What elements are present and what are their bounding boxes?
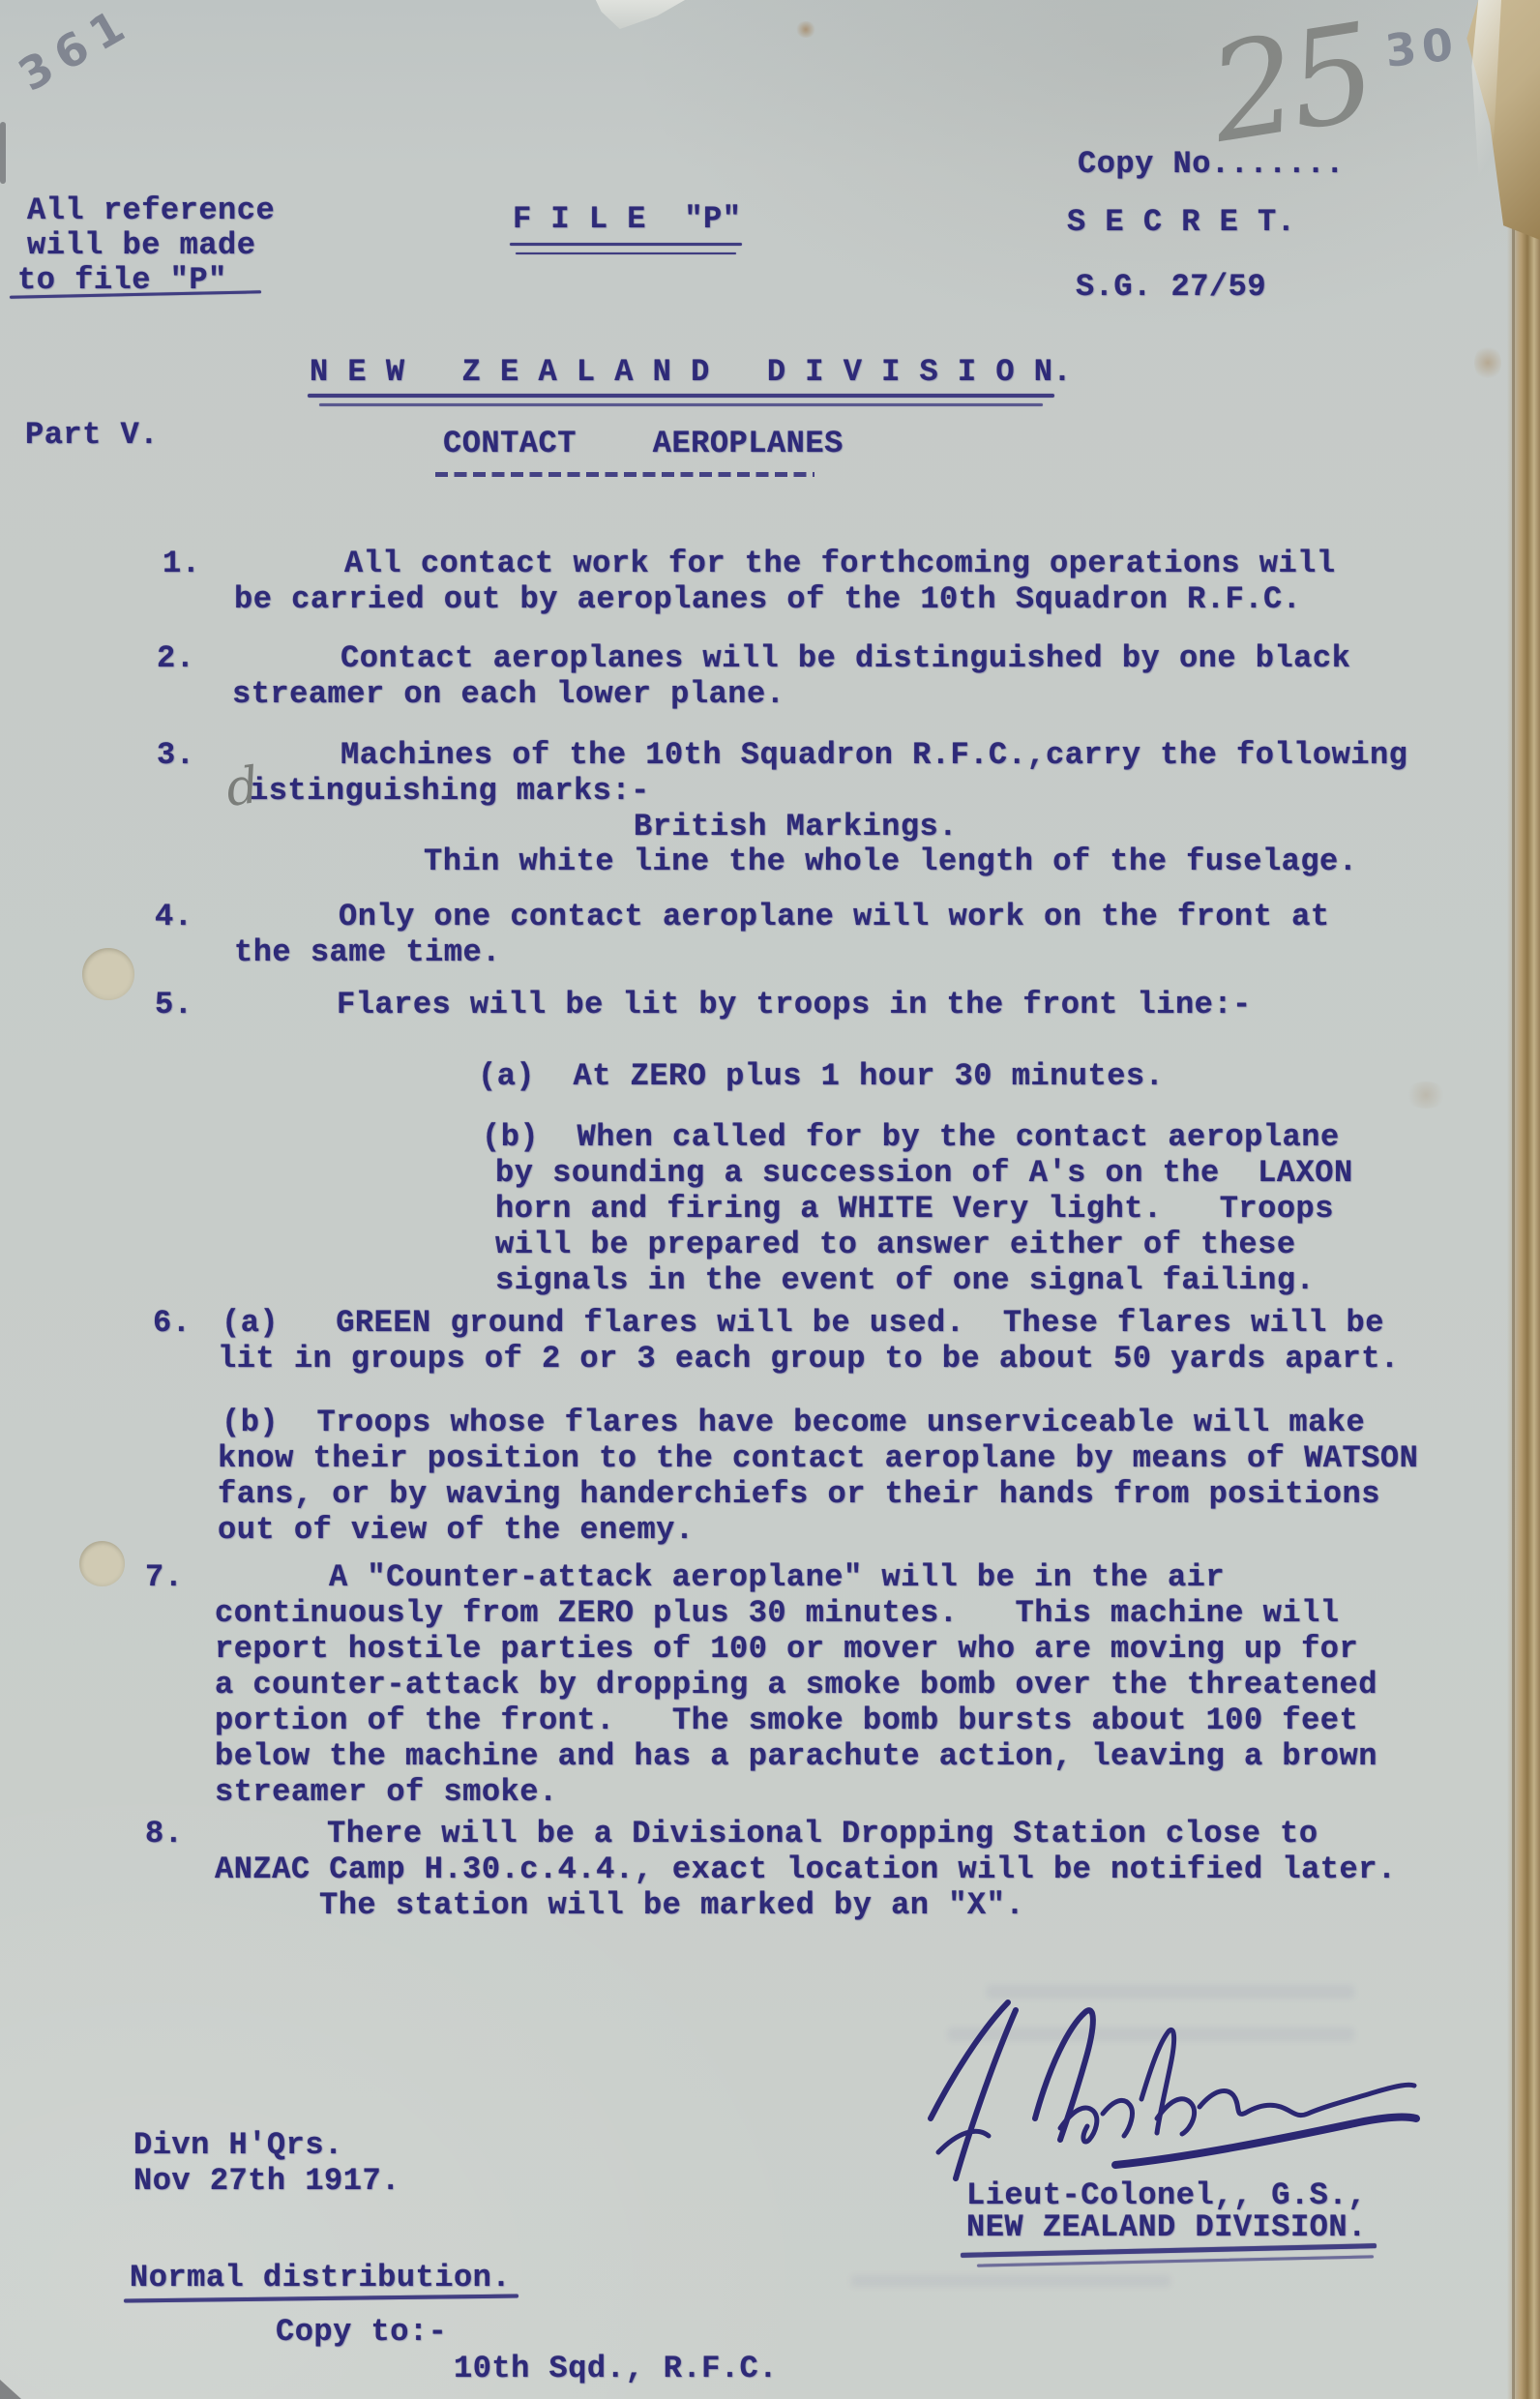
typed-line-header: to file "P" — [17, 262, 227, 299]
typed-line-body: horn and firing a WHITE Very light. Troo… — [495, 1191, 1334, 1228]
stain — [1474, 344, 1501, 381]
typed-line-body: 2. — [157, 640, 194, 677]
typed-line-footer: Normal distribution. — [130, 2260, 511, 2296]
typed-line-body: streamer on each lower plane. — [232, 676, 785, 713]
typed-line-header: will be made — [27, 227, 255, 264]
typed-line-body: 6. — [153, 1305, 191, 1342]
signature-scrawl — [871, 1973, 1432, 2186]
typed-line-title: N E W Z E A L A N D D I V I S I O N. — [310, 354, 1072, 391]
typed-line-body: The station will be marked by an "X". — [319, 1887, 1024, 1924]
typed-line-body: (b) Troops whose flares have become unse… — [222, 1405, 1365, 1441]
typed-line-body: Flares will be lit by troops in the fron… — [337, 987, 1252, 1023]
typed-line-body: out of view of the enemy. — [218, 1512, 695, 1549]
typed-line-body: British Markings. — [634, 809, 958, 845]
handwritten-page-number: 30 — [1382, 17, 1461, 77]
typed-line-body: fans, or by waving handerchiefs or their… — [218, 1476, 1380, 1513]
underline-title-2 — [319, 403, 1043, 406]
bleed-through — [851, 2275, 1170, 2287]
document-page: Copy No.......All referencewill be madet… — [0, 0, 1540, 2399]
typed-line-footer: Divn H'Qrs. — [133, 2127, 343, 2164]
corner-shadow-bottom-left — [0, 2380, 21, 2399]
typed-line-body: by sounding a succession of A's on the L… — [495, 1155, 1353, 1192]
typed-line-body: Contact aeroplanes will be distinguished… — [341, 640, 1350, 677]
typed-line-header: S E C R E T. — [1067, 204, 1295, 241]
handwritten-correction-d: d — [222, 756, 262, 818]
typed-line-body: portion of the front. The smoke bomb bur… — [215, 1703, 1358, 1739]
typed-line-body: Only one contact aeroplane will work on … — [339, 899, 1330, 935]
typed-line-body: 1. — [163, 546, 200, 582]
typed-line-body: A "Counter-attack aeroplane" will be in … — [329, 1559, 1225, 1596]
typed-line-body: 8. — [145, 1816, 183, 1852]
typed-line-body: istinguishing marks:- — [250, 773, 650, 810]
handwritten-copy-number: 25 — [1199, 0, 1380, 173]
typed-line-footer: NEW ZEALAND DIVISION. — [966, 2209, 1367, 2246]
stain — [795, 21, 816, 38]
typed-line-footer: 10th Sqd., R.F.C. — [454, 2351, 778, 2387]
typed-line-header: All reference — [27, 193, 275, 229]
underline-title — [308, 394, 1054, 398]
typed-line-body: There will be a Divisional Dropping Stat… — [327, 1816, 1318, 1852]
typed-line-body: (a) GREEN ground flares will be used. Th… — [222, 1305, 1384, 1342]
underline-subtitle-dashes — [435, 472, 814, 477]
typed-line-body: (b) When called for by the contact aerop… — [482, 1119, 1340, 1156]
stain — [1405, 1081, 1447, 1109]
typed-line-header: F I L E "P" — [513, 201, 741, 238]
typed-line-body: will be prepared to answer either of the… — [495, 1227, 1296, 1263]
typed-line-body: 3. — [157, 737, 194, 774]
typed-line-body: streamer of smoke. — [215, 1774, 558, 1811]
typed-line-body: signals in the event of one signal faili… — [495, 1262, 1315, 1299]
typed-line-body: a counter-attack by dropping a smoke bom… — [215, 1667, 1377, 1703]
typed-line-body: (a) At ZERO plus 1 hour 30 minutes. — [478, 1058, 1164, 1095]
typed-line-body: 7. — [145, 1559, 183, 1596]
typed-line-body: 5. — [155, 987, 192, 1023]
typed-line-body: below the machine and has a parachute ac… — [215, 1738, 1377, 1775]
typed-line-body: be carried out by aeroplanes of the 10th… — [234, 581, 1301, 618]
typed-line-title: Part V. — [25, 417, 159, 454]
typed-line-body: the same time. — [234, 934, 501, 971]
typed-line-body: ANZAC Camp H.30.c.4.4., exact location w… — [215, 1851, 1397, 1888]
typed-line-body: 4. — [155, 899, 192, 935]
underline-file-p — [510, 243, 742, 246]
underline-division-2 — [977, 2255, 1374, 2266]
typed-line-header: S.G. 27/59 — [1076, 269, 1266, 306]
punch-hole — [79, 1541, 125, 1586]
typed-line-body: Thin white line the whole length of the … — [424, 844, 1357, 880]
typed-line-footer: Nov 27th 1917. — [133, 2163, 400, 2200]
underline-file-p-2 — [516, 252, 736, 254]
torn-sliver-top — [592, 0, 685, 29]
typed-line-body: Machines of the 10th Squadron R.F.C.,car… — [341, 737, 1407, 774]
edge-smudge-left — [0, 122, 6, 184]
page-right-edge-line — [1512, 0, 1515, 2399]
typed-line-footer: Copy to:- — [276, 2314, 447, 2351]
punch-hole — [82, 948, 134, 1000]
typed-line-body: know their position to the contact aerop… — [218, 1440, 1418, 1477]
typed-line-body: lit in groups of 2 or 3 each group to be… — [218, 1341, 1400, 1377]
typed-line-body: continuously from ZERO plus 30 minutes. … — [215, 1595, 1339, 1632]
typed-line-title: CONTACT AEROPLANES — [443, 426, 844, 462]
typed-line-body: All contact work for the forthcoming ope… — [344, 546, 1336, 582]
typed-line-body: report hostile parties of 100 or mover w… — [215, 1631, 1358, 1668]
handwritten-file-number: 361 — [10, 0, 141, 102]
